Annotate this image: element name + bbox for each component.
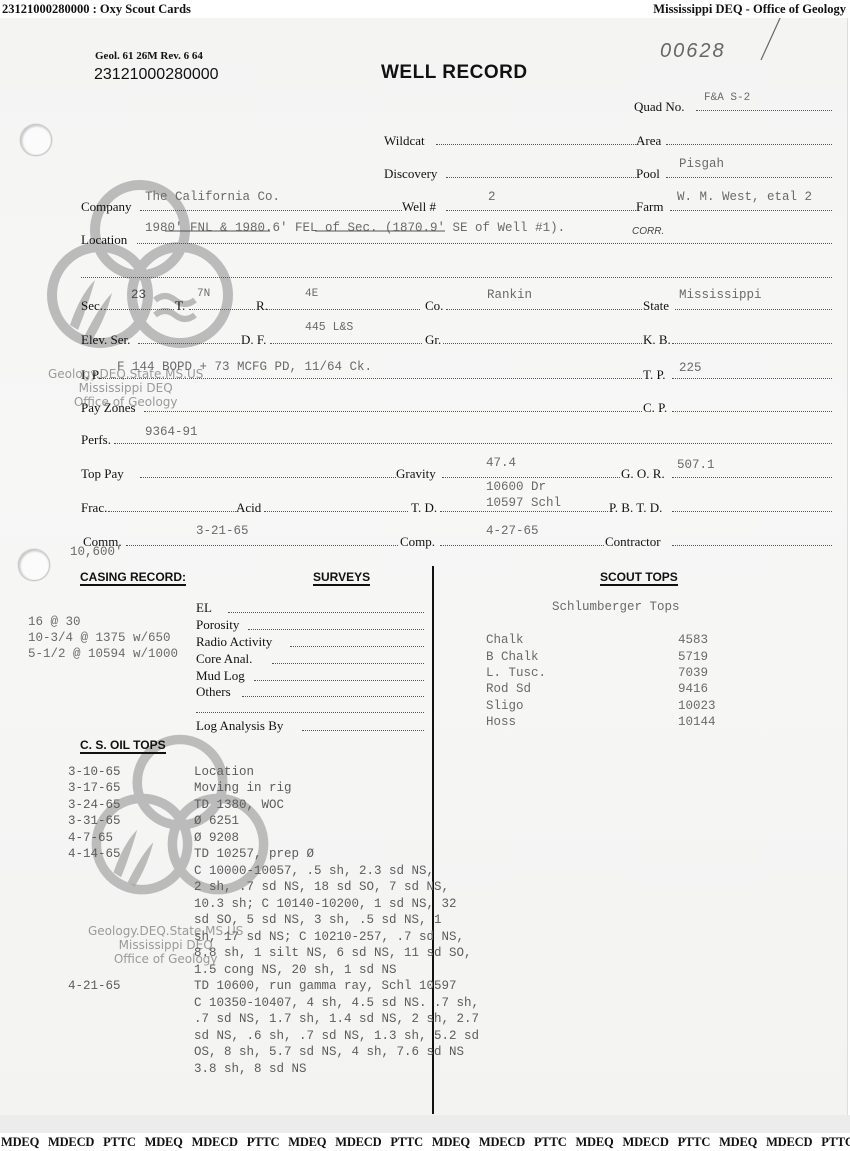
- wildcat-line: [436, 144, 636, 145]
- df-label: D. F.: [241, 332, 266, 348]
- casing-line: 5-1/2 @ 10594 w/1000: [28, 647, 178, 661]
- kb-label: K. B.: [643, 332, 671, 348]
- punch-hole-top: [20, 124, 52, 156]
- wildcat-label: Wildcat: [384, 133, 425, 149]
- comm-line: [126, 545, 398, 546]
- pay-zones-line: [144, 411, 642, 412]
- pbtd-label: P. B. T. D.: [609, 500, 662, 516]
- company-line: [140, 210, 402, 211]
- oil-tops-text: Ø 9208: [194, 830, 239, 847]
- survey-line: [196, 712, 424, 713]
- area-line: [666, 144, 832, 145]
- oil-tops-date: 3-31-65: [68, 813, 121, 830]
- cp-line: [672, 411, 832, 412]
- quad-no-line: [696, 110, 832, 111]
- top-pay-label: Top Pay: [81, 466, 124, 482]
- survey-core-anal: Core Anal.: [196, 651, 424, 667]
- casing-record-heading: CASING RECORD:: [80, 570, 186, 586]
- gr-line: [443, 343, 642, 344]
- scout-top-name: Sligo: [486, 699, 524, 713]
- td-line: [440, 511, 608, 512]
- tp-value: 225: [679, 361, 702, 375]
- card-title: WELL RECORD: [381, 62, 528, 84]
- r-label: R.: [256, 298, 268, 314]
- gor-value: 507.1: [677, 458, 715, 472]
- top-pay-line: [140, 477, 396, 478]
- oil-tops-date: 3-17-65: [68, 780, 121, 797]
- pool-line: [666, 177, 832, 178]
- co-value: Rankin: [487, 288, 532, 302]
- casing-line: 10-3/4 @ 1375 w/650: [28, 631, 171, 645]
- scout-tops-heading: SCOUT TOPS: [600, 570, 678, 586]
- agency-name: Mississippi DEQ - Office of Geology: [653, 0, 846, 18]
- oil-tops-date: 3-24-65: [68, 797, 121, 814]
- gravity-value: 47.4: [486, 456, 516, 470]
- ip-label: I. P.: [81, 367, 101, 383]
- well-no-line: [446, 210, 636, 211]
- t-value: 7N: [197, 288, 210, 300]
- td-value-schlumberger: 10597 Schl: [486, 496, 561, 510]
- oil-tops-text: Location: [194, 764, 254, 781]
- survey-label: Porosity: [196, 617, 239, 632]
- scout-top-depth: 4583: [678, 633, 708, 647]
- viewer-header: 23121000280000 : Oxy Scout Cards Mississ…: [0, 0, 850, 18]
- gravity-label: Gravity: [396, 466, 436, 482]
- punch-hole-bottom: [18, 549, 50, 581]
- farm-value: W. M. West, etal 2: [677, 190, 812, 204]
- ip-line: [100, 378, 642, 379]
- acid-label: Acid: [236, 500, 261, 516]
- scout-top-name: L. Tusc.: [486, 666, 546, 680]
- oil-tops-text: Ø 6251: [194, 813, 239, 830]
- r-value: 4E: [305, 288, 318, 300]
- casing-line: 16 @ 30: [28, 615, 81, 629]
- discovery-label: Discovery: [384, 166, 437, 182]
- farm-label: Farm: [636, 199, 663, 215]
- scout-top-depth: 5719: [678, 650, 708, 664]
- record-title: 23121000280000 : Oxy Scout Cards: [2, 0, 191, 18]
- survey-line: [248, 629, 424, 630]
- scout-top-depth: 10023: [678, 699, 716, 713]
- gor-line: [672, 477, 832, 478]
- oil-tops-text: TD 10600, run gamma ray, Schl 10597 C 10…: [194, 978, 479, 1077]
- api-number: 23121000280000: [94, 66, 219, 84]
- elev-ser-label: Elev. Ser.: [81, 332, 130, 348]
- scout-top-name: Rod Sd: [486, 682, 531, 696]
- discovery-line: [446, 177, 636, 178]
- gravity-line: [442, 477, 620, 478]
- scout-top-depth: 9416: [678, 682, 708, 696]
- handwritten-card-number: 00628: [660, 40, 726, 63]
- scout-top-name: B Chalk: [486, 650, 539, 664]
- tp-line: [672, 378, 832, 379]
- scout-top-name: Hoss: [486, 715, 516, 729]
- scout-top-name: Chalk: [486, 633, 524, 647]
- sec-value: 23: [131, 288, 146, 302]
- depth-note: 10,600': [70, 545, 123, 559]
- td-label: T. D.: [411, 500, 437, 516]
- pbtd-line: [672, 511, 832, 512]
- pay-zones-label: Pay Zones: [81, 400, 136, 416]
- cs-oil-tops-heading: C. S. OIL TOPS: [80, 738, 166, 754]
- survey-label: Log Analysis By: [196, 718, 283, 733]
- pool-value: Pisgah: [679, 157, 724, 171]
- survey-log-analysis: Log Analysis By: [196, 718, 424, 734]
- scout-tops-subtitle: Schlumberger Tops: [552, 600, 680, 614]
- survey-label: EL: [196, 600, 212, 615]
- frac-label: Frac.: [81, 500, 107, 516]
- gr-label: Gr.: [425, 332, 441, 348]
- company-label: Company: [81, 199, 132, 215]
- oil-tops-text: TD 10257, prep Ø C 10000-10057, .5 sh, 2…: [194, 846, 472, 978]
- survey-porosity: Porosity: [196, 617, 424, 633]
- oil-tops-date: 4-7-65: [68, 830, 113, 847]
- kb-line: [672, 343, 832, 344]
- survey-label: Mud Log: [196, 668, 245, 683]
- frac-line: [108, 511, 236, 512]
- location-line: [137, 243, 832, 244]
- acid-line: [264, 511, 408, 512]
- oil-tops-text: TD 1380, WOC: [194, 797, 284, 814]
- handwritten-stroke-icon: [755, 14, 785, 64]
- survey-line: [272, 663, 424, 664]
- survey-line: [290, 646, 424, 647]
- survey-radio-activity: Radio Activity: [196, 634, 424, 650]
- survey-others: Others: [196, 684, 424, 700]
- survey-line: [254, 680, 424, 681]
- survey-line: [228, 612, 424, 613]
- survey-label: Radio Activity: [196, 634, 272, 649]
- oil-tops-date: 4-21-65: [68, 978, 121, 995]
- perfs-line: [114, 443, 832, 444]
- survey-mud-log: Mud Log: [196, 668, 424, 684]
- state-label: State: [643, 298, 669, 314]
- footer-banner: MDEQ MDECD PTTC MDEQ MDECD PTTC MDEQ MDE…: [0, 1133, 850, 1151]
- oil-tops-text: Moving in rig: [194, 780, 292, 797]
- handwritten-corr-note: CORR.: [632, 226, 664, 237]
- comm-value: 3-21-65: [196, 524, 249, 538]
- sec-label: Sec.: [81, 298, 103, 314]
- survey-el: EL: [196, 600, 424, 616]
- co-line: [446, 309, 642, 310]
- quad-no-label: Quad No.: [634, 99, 685, 115]
- form-number: Geol. 61 26M Rev. 6 64: [95, 50, 203, 62]
- survey-line: [302, 730, 424, 731]
- survey-label: Core Anal.: [196, 651, 252, 666]
- survey-line: [242, 696, 424, 697]
- scout-top-depth: 7039: [678, 666, 708, 680]
- df-value: 445 L&S: [305, 321, 353, 334]
- r-line: [267, 309, 420, 310]
- state-value: Mississippi: [679, 288, 762, 302]
- tp-label: T. P.: [643, 367, 666, 383]
- t-label: T.: [175, 298, 185, 314]
- td-value-driller: 10600 Dr: [486, 480, 546, 494]
- ip-value: F 144 BOPD + 73 MCFG PD, 11/64 Ck.: [117, 360, 372, 374]
- sec-line: [104, 309, 174, 310]
- well-no-label: Well #: [402, 199, 436, 215]
- scan-margin: [0, 1115, 850, 1133]
- survey-label: Others: [196, 684, 231, 699]
- state-line: [675, 309, 832, 310]
- perfs-value: 9364-91: [145, 425, 198, 439]
- area-label: Area: [636, 133, 661, 149]
- scout-top-depth: 10144: [678, 715, 716, 729]
- well-no-value: 2: [488, 190, 496, 204]
- df-line: [270, 343, 422, 344]
- company-value: The California Co.: [145, 190, 280, 204]
- location-strikethrough: [165, 225, 485, 237]
- location-line-2: [81, 277, 832, 278]
- comp-label: Comp.: [400, 534, 435, 550]
- co-label: Co.: [425, 298, 443, 314]
- comp-line: [440, 545, 604, 546]
- oil-tops-date: 3-10-65: [68, 764, 121, 781]
- watermark-line-2: Mississippi DEQ: [48, 381, 203, 395]
- gor-label: G. O. R.: [621, 466, 665, 482]
- location-label: Location: [81, 232, 127, 248]
- pool-label: Pool: [636, 166, 660, 182]
- contractor-line: [672, 545, 832, 546]
- cp-label: C. P.: [643, 400, 667, 416]
- elev-ser-line: [138, 343, 240, 344]
- perfs-label: Perfs.: [81, 432, 111, 448]
- surveys-heading: SURVEYS: [313, 570, 370, 586]
- survey-blank: [196, 700, 424, 716]
- t-line: [189, 309, 255, 310]
- contractor-label: Contractor: [605, 534, 661, 550]
- comp-value: 4-27-65: [486, 524, 539, 538]
- farm-line: [670, 210, 832, 211]
- oil-tops-date: 4-14-65: [68, 846, 121, 863]
- quad-no-value: F&A S-2: [704, 92, 750, 104]
